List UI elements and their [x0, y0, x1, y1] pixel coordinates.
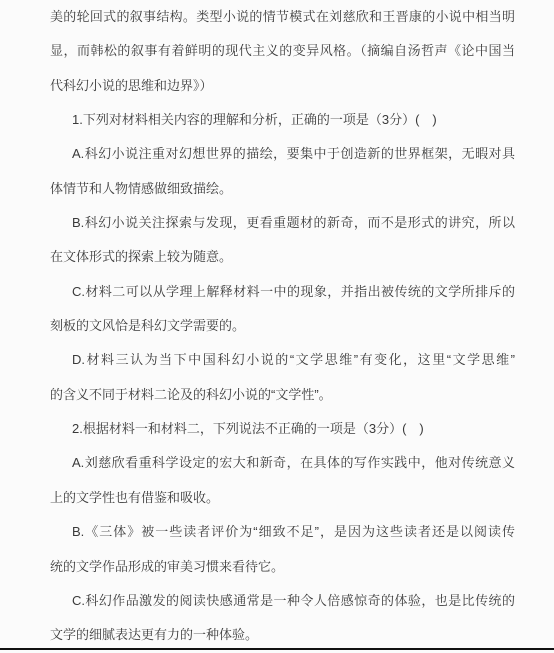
q1-option-b-line-1: B.科幻小说关注探索与发现，更看重题材的新奇，而不是形式的讲究，所以 [50, 206, 515, 240]
q2-option-b-line-1: B.《三体》被一些读者评价为“细致不足”，是因为这些读者还是以阅读传 [50, 515, 515, 549]
q1-option-b-line-2: 在文体形式的探索上较为随意。 [50, 240, 515, 274]
q1-option-a-line-2: 体情节和人物情感做细致描绘。 [50, 172, 515, 206]
question-2-stem: 2.根据材料一和材料二，下列说法不正确的一项是（3分）( ) [50, 412, 515, 446]
passage-line-2: 显，而韩松的叙事有着鲜明的现代主义的变异风格。（摘编自汤哲声《论中国当 [50, 34, 515, 68]
q2-option-c-line-1: C.科幻作品激发的阅读快感通常是一种令人倍感惊奇的体验，也是比传统的 [50, 584, 515, 618]
exam-document-page: 美的轮回式的叙事结构。类型小说的情节模式在刘慈欣和王晋康的小说中相当明 显，而韩… [0, 0, 554, 653]
q2-option-b-line-2: 统的文学作品形成的审美习惯来看待它。 [50, 550, 515, 584]
q2-option-a-line-2: 上的文学性也有借鉴和吸收。 [50, 481, 515, 515]
passage-citation-line: 代科幻小说的思维和边界》） [50, 69, 515, 103]
q1-option-d-line-2: 的含义不同于材料二论及的科幻小说的“文学性”。 [50, 378, 515, 412]
q1-option-a-line-1: A.科幻小说注重对幻想世界的描绘，要集中于创造新的世界框架，无暇对具 [50, 137, 515, 171]
exam-text-block: 美的轮回式的叙事结构。类型小说的情节模式在刘慈欣和王晋康的小说中相当明 显，而韩… [50, 0, 515, 653]
q2-option-a-line-1: A.刘慈欣看重科学设定的宏大和新奇，在具体的写作实践中，他对传统意义 [50, 446, 515, 480]
passage-line-1: 美的轮回式的叙事结构。类型小说的情节模式在刘慈欣和王晋康的小说中相当明 [50, 0, 515, 34]
q1-option-c-line-1: C.材料二可以从学理上解释材料一中的现象，并指出被传统的文学所排斥的 [50, 275, 515, 309]
q1-option-c-line-2: 刻板的文风恰是科幻文学需要的。 [50, 309, 515, 343]
q1-option-d-line-1: D.材料三认为当下中国科幻小说的“文学思维”有变化，这里“文学思维” [50, 343, 515, 377]
question-1-stem: 1.下列对材料相关内容的理解和分析，正确的一项是（3分）( ) [50, 103, 515, 137]
page-bottom-rule [0, 648, 554, 650]
